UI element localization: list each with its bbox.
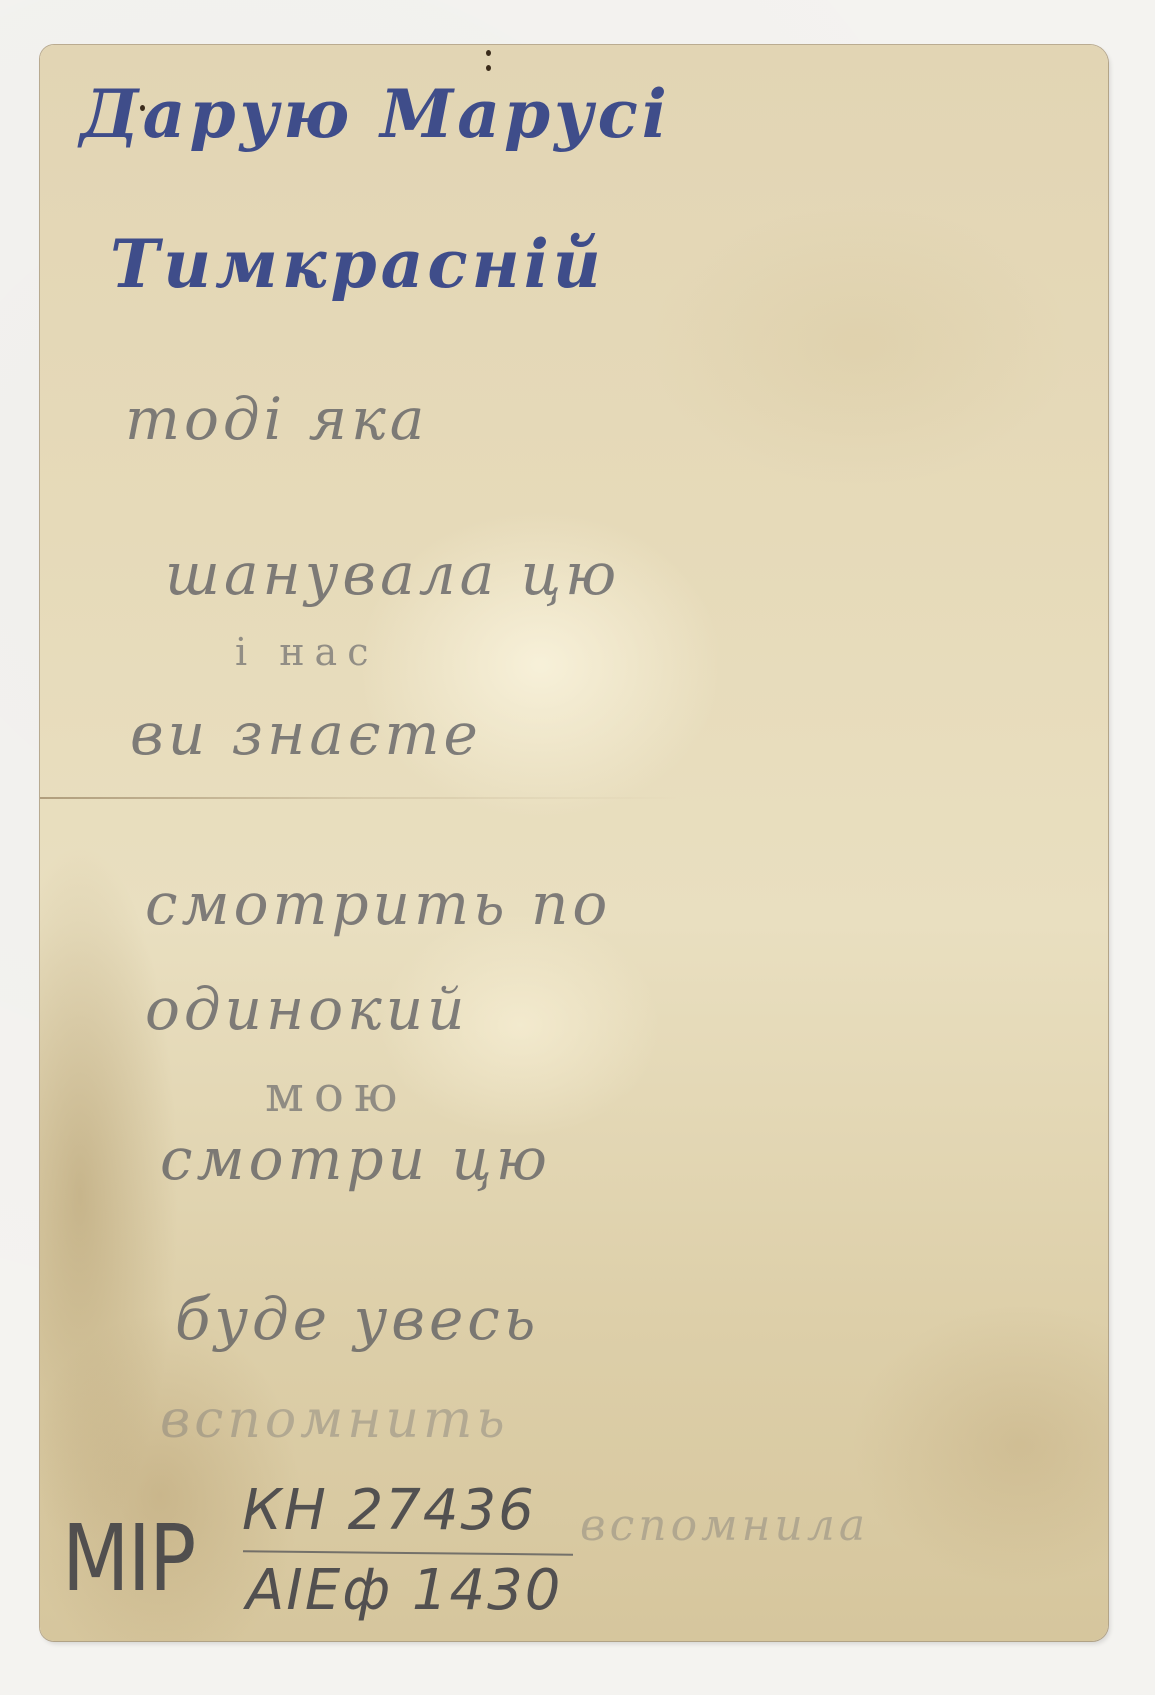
inscription-line-11: буде увесь [175,1285,539,1353]
pinhole [486,50,491,56]
inscription-line-7: смотрить по [145,870,611,938]
archive-stamp-prefix: МІР [62,1505,195,1612]
inscription-line-9: мою [265,1065,408,1123]
pinhole [486,65,491,71]
paper-crease [40,797,1108,799]
photo-card-reverse: Дарую Марусі Тимкрасній тоді яка шанувал… [40,45,1108,1641]
inscription-line-13: вспомнила [580,1500,869,1551]
inscription-line-5: і нас [235,630,379,674]
inscription-line-1: Дарую Марусі [80,75,671,153]
archive-accession-number: КН 27436 [242,1478,536,1543]
inscription-line-3: тоді яка [125,385,428,453]
inscription-line-2: Тимкрасній [110,225,605,303]
archive-fund-number: АІЕф 1430 [246,1558,562,1623]
inscription-line-6: ви знаєте [130,700,482,768]
inscription-line-4: шанувала цю [165,540,620,608]
inscription-line-8: одинокий [145,975,469,1043]
inscription-line-10: смотри цю [160,1125,551,1193]
inscription-line-12: вспомнить [160,1390,509,1450]
